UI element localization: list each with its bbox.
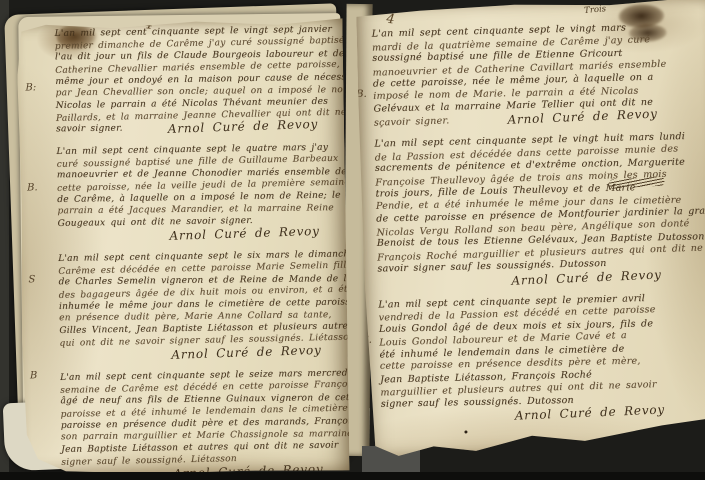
register-entry: L'an mil sept cent cinquante sept le vin… — [374, 131, 705, 291]
margin-mark: B. — [27, 182, 47, 193]
register-entry: L'an mil sept cent cinquante sept le pre… — [378, 291, 705, 426]
margin-mark: S — [28, 274, 48, 285]
register-entry: L'an mil sept cent cinquante sept le sei… — [60, 367, 350, 475]
manuscript-scan: 4 L'an mil sept cent cinquante sept le v… — [0, 0, 705, 480]
margin-mark: B. — [356, 89, 376, 100]
register-entries: L'an mil sept cent cinquante sept le vin… — [356, 0, 705, 426]
register-entry: L'an mil sept cent cinquante sept le vin… — [372, 21, 704, 130]
manuscript-page-left: 4 L'an mil sept cent cinquante sept le v… — [16, 17, 349, 475]
register-entries: L'an mil sept cent cinquante sept le vin… — [16, 17, 349, 475]
margin-mark: B: — [25, 82, 45, 93]
register-entry: L'an mil sept cent cinquante sept le vin… — [55, 23, 350, 137]
register-entry: L'an mil sept cent cinquante sept le six… — [58, 248, 349, 363]
register-entry: L'an mil sept cent cinquante sept le qua… — [56, 141, 349, 244]
margin-mark: B — [30, 370, 50, 381]
scanner-edge — [0, 472, 705, 480]
ink-speck — [464, 430, 467, 433]
manuscript-page-right: 4 Trois L'an mil sept cent cinquante sep… — [356, 0, 705, 460]
